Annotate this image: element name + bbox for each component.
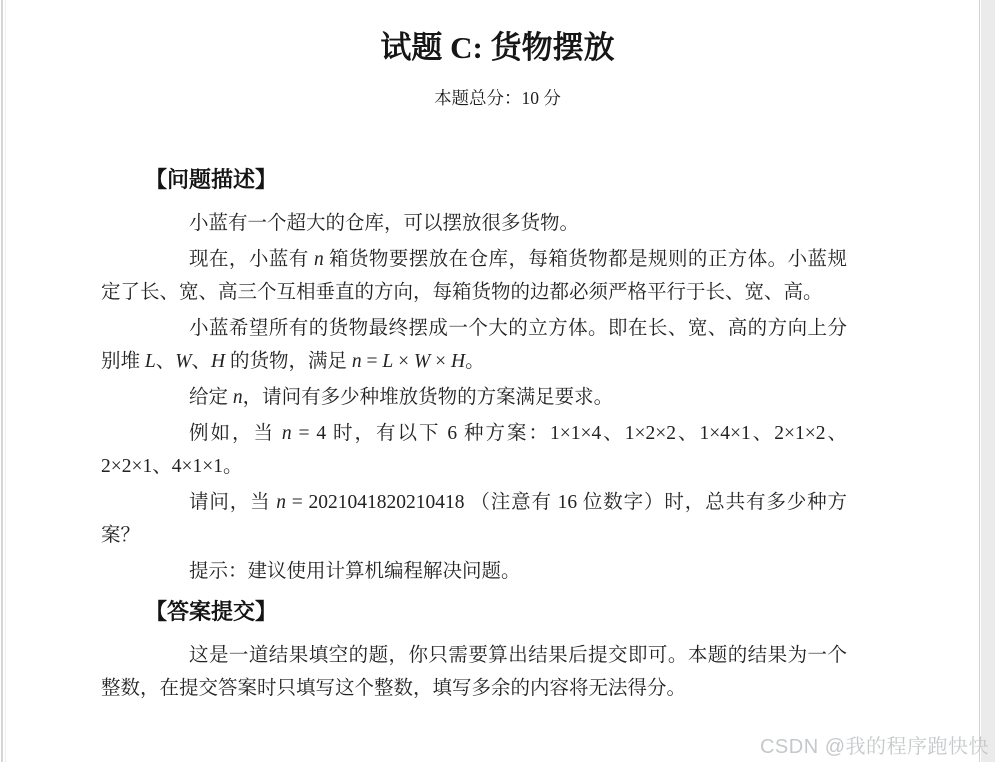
page-right-edge-line xyxy=(979,0,980,762)
csdn-watermark: CSDN @我的程序跑快快 xyxy=(760,735,989,759)
text-run: × xyxy=(430,351,451,372)
page-right-gutter xyxy=(981,0,995,762)
text-run: 。 xyxy=(465,351,485,372)
math-var-n: n xyxy=(314,249,324,270)
paragraph-warehouse-intro: 小蓝有一个超大的仓库，可以摆放很多货物。 xyxy=(101,207,847,240)
document-body: 【问题描述】 小蓝有一个超大的仓库，可以摆放很多货物。 现在，小蓝有 n 箱货物… xyxy=(0,165,995,705)
math-var-W: W xyxy=(414,351,430,372)
text-run: = xyxy=(362,351,383,372)
paragraph-question-general: 给定 n，请问有多少种堆放货物的方案满足要求。 xyxy=(101,381,847,414)
problem-score-line: 本题总分：10 分 xyxy=(0,88,995,108)
paragraph-question-target: 请问，当 n = 2021041820210418 （注意有 16 位数字）时，… xyxy=(101,486,847,552)
paragraph-boxes-rules: 现在，小蓝有 n 箱货物要摆放在仓库，每箱货物都是规则的正方体。小蓝规定了长、宽… xyxy=(101,243,847,309)
math-var-n: n xyxy=(282,423,292,444)
paragraph-submission-instructions: 这是一道结果填空的题，你只需要算出结果后提交即可。本题的结果为一个整数，在提交答… xyxy=(101,639,847,705)
page-left-edge-line xyxy=(1,0,3,762)
text-run: ，请问有多少种堆放货物的方案满足要求。 xyxy=(243,387,614,408)
paragraph-hint: 提示：建议使用计算机编程解决问题。 xyxy=(101,555,847,588)
page-left-edge-line-inner xyxy=(5,0,6,762)
math-var-n: n xyxy=(233,387,243,408)
math-var-n: n xyxy=(276,492,286,513)
text-run: 、 xyxy=(192,351,212,372)
section-heading-answer-submission: 【答案提交】 xyxy=(145,597,847,627)
math-var-n: n xyxy=(352,351,362,372)
math-var-L: L xyxy=(145,351,156,372)
paragraph-cube-equation: 小蓝希望所有的货物最终摆成一个大的立方体。即在长、宽、高的方向上分别堆 L、W、… xyxy=(101,312,847,378)
text-run: 请问，当 xyxy=(189,492,276,513)
text-run: 的货物，满足 xyxy=(225,351,352,372)
text-run: 给定 xyxy=(189,387,233,408)
text-run: 、 xyxy=(156,351,176,372)
section-heading-problem-description: 【问题描述】 xyxy=(145,165,847,195)
problem-title: 试题 C: 货物摆放 xyxy=(0,30,995,66)
paragraph-example-n4: 例如，当 n = 4 时，有以下 6 种方案：1×1×4、1×2×2、1×4×1… xyxy=(101,417,847,483)
text-run: 例如，当 xyxy=(189,423,282,444)
math-var-W: W xyxy=(175,351,191,372)
document-page: 试题 C: 货物摆放 本题总分：10 分 【问题描述】 小蓝有一个超大的仓库，可… xyxy=(0,30,995,705)
math-var-H: H xyxy=(211,351,225,372)
math-var-L: L xyxy=(382,351,393,372)
text-run: × xyxy=(393,351,414,372)
text-run: 现在，小蓝有 xyxy=(189,249,314,270)
math-var-H: H xyxy=(451,351,465,372)
